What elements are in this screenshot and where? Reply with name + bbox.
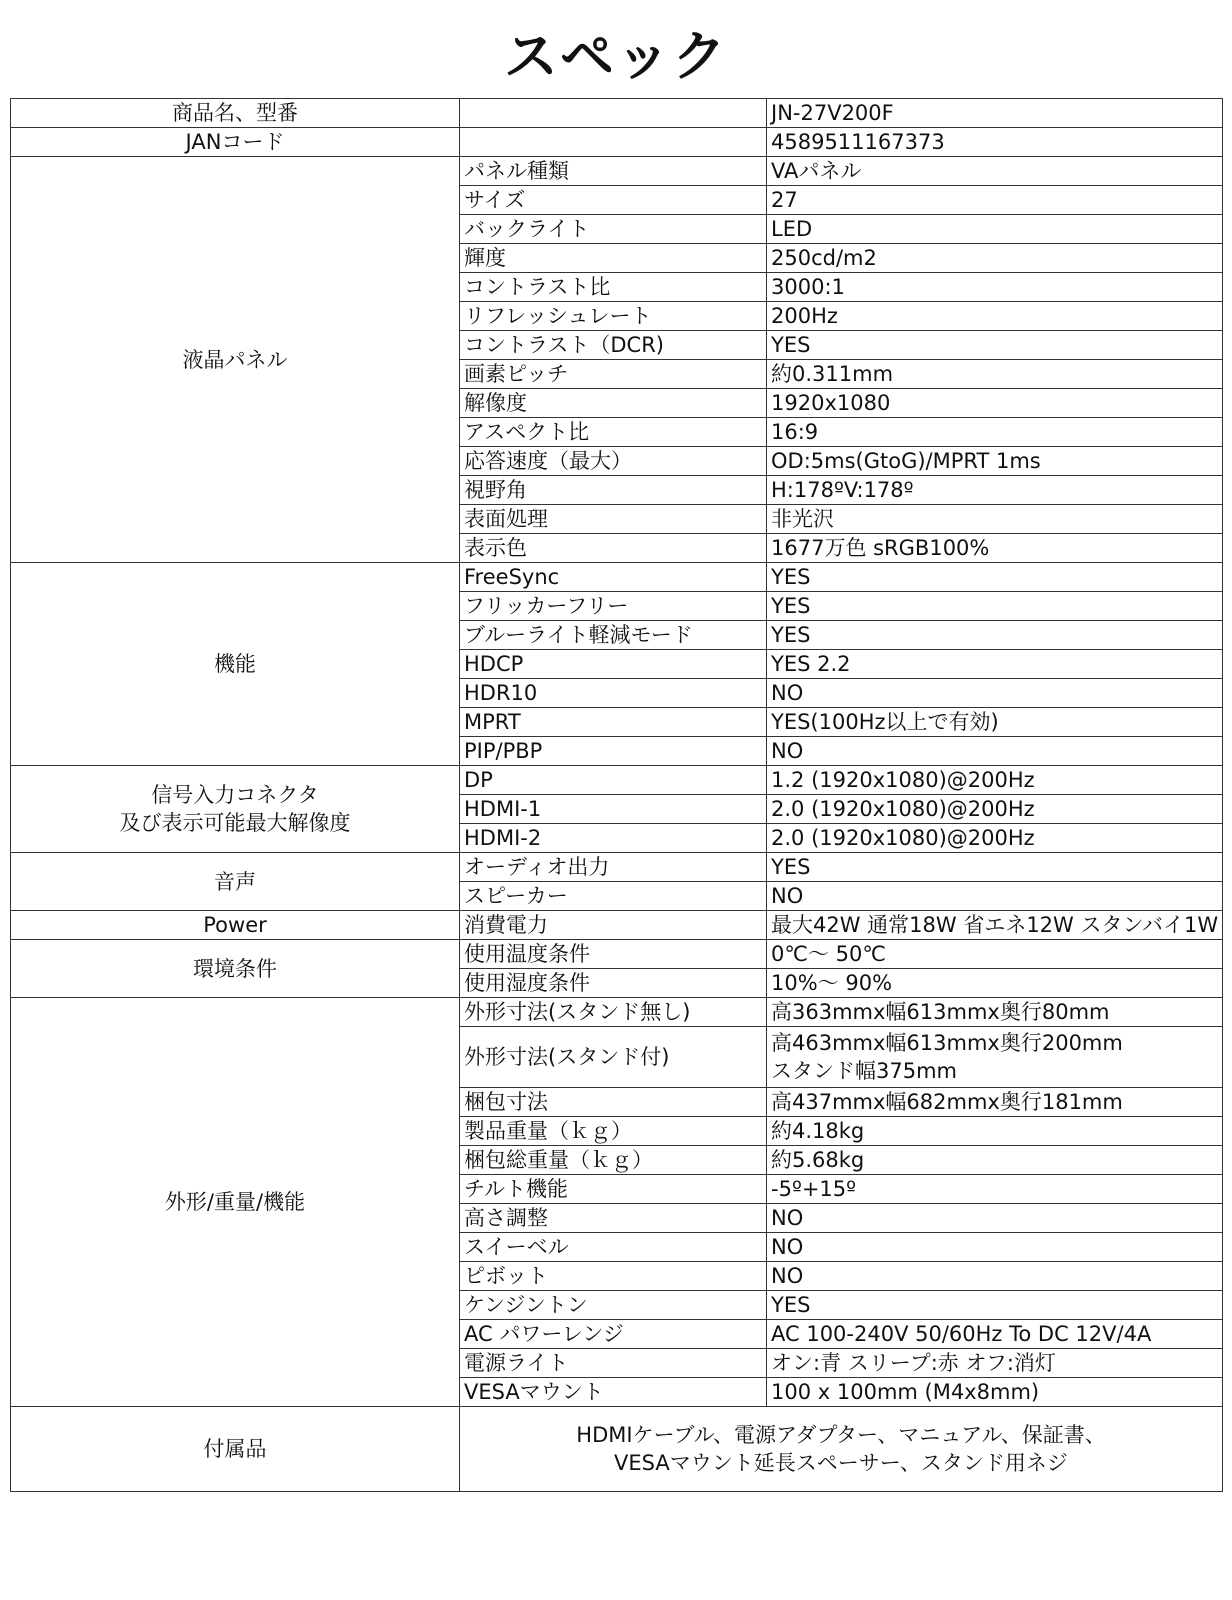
spec-key: FreeSync <box>460 563 767 592</box>
table-row: 機能FreeSyncYES <box>11 563 1223 592</box>
spec-key: 消費電力 <box>460 911 767 940</box>
table-row: 商品名、型番JN-27V200F <box>11 99 1223 128</box>
spec-value: 約0.311mm <box>767 360 1223 389</box>
spec-value: YES 2.2 <box>767 650 1223 679</box>
spec-key: リフレッシュレート <box>460 302 767 331</box>
spec-value: YES <box>767 1291 1223 1320</box>
spec-value: 16:9 <box>767 418 1223 447</box>
spec-value: 約4.18kg <box>767 1117 1223 1146</box>
spec-value: 10%～ 90% <box>767 969 1223 998</box>
spec-value: 200Hz <box>767 302 1223 331</box>
spec-key: サイズ <box>460 186 767 215</box>
spec-key: 使用湿度条件 <box>460 969 767 998</box>
spec-value: 27 <box>767 186 1223 215</box>
spec-value: NO <box>767 1233 1223 1262</box>
table-row: 外形/重量/機能外形寸法(スタンド無し)高363mmx幅613mmx奥行80mm <box>11 998 1223 1027</box>
spec-value: -5º+15º <box>767 1175 1223 1204</box>
table-row: 液晶パネルパネル種類VAパネル <box>11 157 1223 186</box>
spec-value: YES <box>767 621 1223 650</box>
spec-key: MPRT <box>460 708 767 737</box>
spec-key: 表面処理 <box>460 505 767 534</box>
spec-value: 高437mmx幅682mmx奥行181mm <box>767 1088 1223 1117</box>
table-row: Power消費電力最大42W 通常18W 省エネ12W スタンバイ1W <box>11 911 1223 940</box>
spec-key: 使用温度条件 <box>460 940 767 969</box>
spec-key: 解像度 <box>460 389 767 418</box>
spec-key: 外形寸法(スタンド無し) <box>460 998 767 1027</box>
accessories-value: HDMIケーブル、電源アダプター、マニュアル、保証書、VESAマウント延長スペー… <box>460 1407 1223 1492</box>
spec-key: HDMI-2 <box>460 824 767 853</box>
spec-key: 高さ調整 <box>460 1204 767 1233</box>
spec-value: YES <box>767 331 1223 360</box>
spec-key: 画素ピッチ <box>460 360 767 389</box>
empty-cell <box>460 128 767 157</box>
spec-key: 外形寸法(スタンド付) <box>460 1027 767 1088</box>
spec-value: NO <box>767 1204 1223 1233</box>
spec-key: 応答速度（最大） <box>460 447 767 476</box>
table-row: 音声オーディオ出力YES <box>11 853 1223 882</box>
spec-key: ブルーライト軽減モード <box>460 621 767 650</box>
spec-value: 非光沢 <box>767 505 1223 534</box>
spec-value: オン:青 スリープ:赤 オフ:消灯 <box>767 1349 1223 1378</box>
spec-value: 250cd/m2 <box>767 244 1223 273</box>
page-title: スペック <box>0 22 1232 92</box>
spec-key: AC パワーレンジ <box>460 1320 767 1349</box>
spec-key: 製品重量（ｋｇ） <box>460 1117 767 1146</box>
group-label: Power <box>11 911 460 940</box>
row-label: JANコード <box>11 128 460 157</box>
table-row: 環境条件使用温度条件0℃～ 50℃ <box>11 940 1223 969</box>
group-label: 信号入力コネクタ及び表示可能最大解像度 <box>11 766 460 853</box>
spec-value: 約5.68kg <box>767 1146 1223 1175</box>
spec-key: 視野角 <box>460 476 767 505</box>
empty-cell <box>460 99 767 128</box>
spec-value: NO <box>767 882 1223 911</box>
group-label: 環境条件 <box>11 940 460 998</box>
spec-key: ピボット <box>460 1262 767 1291</box>
spec-value: YES(100Hz以上で有効) <box>767 708 1223 737</box>
spec-key: VESAマウント <box>460 1378 767 1407</box>
table-row: 信号入力コネクタ及び表示可能最大解像度DP1.2 (1920x1080)@200… <box>11 766 1223 795</box>
accessories-line: HDMIケーブル、電源アダプター、マニュアル、保証書、 <box>464 1421 1218 1449</box>
spec-value-line: 高463mmx幅613mmx奥行200mm <box>771 1029 1218 1057</box>
spec-value: 2.0 (1920x1080)@200Hz <box>767 795 1223 824</box>
spec-key: アスペクト比 <box>460 418 767 447</box>
spec-key: フリッカーフリー <box>460 592 767 621</box>
spec-value: NO <box>767 737 1223 766</box>
spec-key: ケンジントン <box>460 1291 767 1320</box>
spec-value: 0℃～ 50℃ <box>767 940 1223 969</box>
spec-key: HDMI-1 <box>460 795 767 824</box>
spec-key: 梱包寸法 <box>460 1088 767 1117</box>
spec-key: パネル種類 <box>460 157 767 186</box>
spec-value: YES <box>767 563 1223 592</box>
spec-key: HDR10 <box>460 679 767 708</box>
spec-value: 1677万色 sRGB100% <box>767 534 1223 563</box>
spec-value: 3000:1 <box>767 273 1223 302</box>
spec-key: PIP/PBP <box>460 737 767 766</box>
spec-key: コントラスト（DCR) <box>460 331 767 360</box>
spec-value-line: スタンド幅375mm <box>771 1057 1218 1085</box>
spec-key: スピーカー <box>460 882 767 911</box>
group-label: 機能 <box>11 563 460 766</box>
spec-value: OD:5ms(GtoG)/MPRT 1ms <box>767 447 1223 476</box>
spec-value: H:178ºV:178º <box>767 476 1223 505</box>
spec-value: 100 x 100mm (M4x8mm) <box>767 1378 1223 1407</box>
group-label: 音声 <box>11 853 460 911</box>
accessories-line: VESAマウント延長スペーサー、スタンド用ネジ <box>464 1449 1218 1477</box>
spec-table: 商品名、型番JN-27V200FJANコード4589511167373液晶パネル… <box>10 98 1223 1492</box>
spec-value: LED <box>767 215 1223 244</box>
spec-key: DP <box>460 766 767 795</box>
spec-value: 高363mmx幅613mmx奥行80mm <box>767 998 1223 1027</box>
spec-value: 1920x1080 <box>767 389 1223 418</box>
spec-value: YES <box>767 592 1223 621</box>
spec-key: オーディオ出力 <box>460 853 767 882</box>
group-label-line: 信号入力コネクタ <box>15 781 455 809</box>
spec-key: 輝度 <box>460 244 767 273</box>
spec-value: NO <box>767 1262 1223 1291</box>
spec-value: VAパネル <box>767 157 1223 186</box>
spec-key: 梱包総重量（ｋｇ） <box>460 1146 767 1175</box>
accessories-row: 付属品HDMIケーブル、電源アダプター、マニュアル、保証書、VESAマウント延長… <box>11 1407 1223 1492</box>
group-label: 液晶パネル <box>11 157 460 563</box>
row-value: JN-27V200F <box>767 99 1223 128</box>
group-label-line: 及び表示可能最大解像度 <box>15 809 455 837</box>
accessories-label: 付属品 <box>11 1407 460 1492</box>
spec-key: バックライト <box>460 215 767 244</box>
spec-key: HDCP <box>460 650 767 679</box>
table-row: JANコード4589511167373 <box>11 128 1223 157</box>
spec-value: AC 100-240V 50/60Hz To DC 12V/4A <box>767 1320 1223 1349</box>
spec-value: 2.0 (1920x1080)@200Hz <box>767 824 1223 853</box>
spec-value: 高463mmx幅613mmx奥行200mmスタンド幅375mm <box>767 1027 1223 1088</box>
spec-key: 表示色 <box>460 534 767 563</box>
row-label: 商品名、型番 <box>11 99 460 128</box>
spec-value: 最大42W 通常18W 省エネ12W スタンバイ1W <box>767 911 1223 940</box>
row-value: 4589511167373 <box>767 128 1223 157</box>
spec-key: コントラスト比 <box>460 273 767 302</box>
spec-key: 電源ライト <box>460 1349 767 1378</box>
spec-value: YES <box>767 853 1223 882</box>
spec-value: 1.2 (1920x1080)@200Hz <box>767 766 1223 795</box>
spec-value: NO <box>767 679 1223 708</box>
spec-key: スイーベル <box>460 1233 767 1262</box>
spec-key: チルト機能 <box>460 1175 767 1204</box>
group-label: 外形/重量/機能 <box>11 998 460 1407</box>
